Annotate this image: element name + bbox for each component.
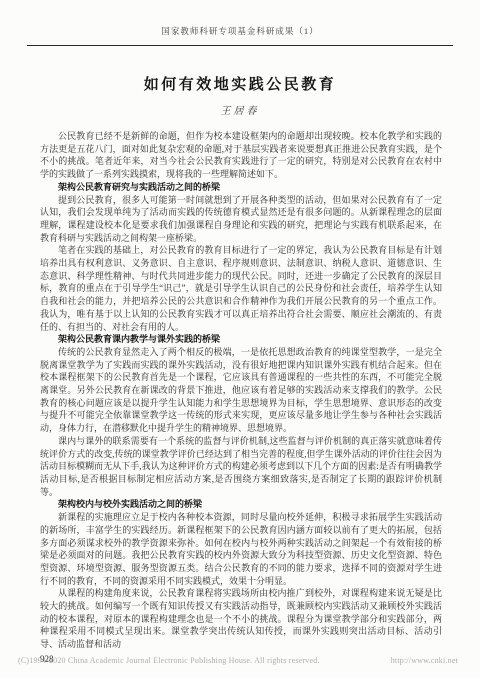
copyright-text: (C)1994-2020 China Academic Journal Elec… [18,656,320,665]
body-paragraph: 提到公民教育，很多人可能第一时间就想到了开展各种类型的活动，但如果对公民教育有了… [40,194,442,245]
section-heading: 架构公民教育研究与实践活动之间的桥梁 [40,181,442,194]
body-paragraph: 笔者在实践的基础上，对公民教育的教育目标进行了一定的界定，我认为公民教育目标是有… [40,244,442,333]
body-paragraph: 课内与课外的联系需要有一个系统的监督与评价机制,这些监督与评价机制的真正落实就意… [40,435,442,499]
copyright-footer: (C)1994-2020 China Academic Journal Elec… [0,656,480,665]
journal-page: 国家教师科研专项基金科研成果（1） 如何有效地实践公民教育 王居春 公民教育已经… [0,0,480,678]
section-heading: 架构公民教育课内教学与课外实践的桥梁 [40,333,442,346]
body-paragraph: 公民教育已经不是新鲜的命题，但作为校本建设框架内的命题却出现较晚。校本化教学和实… [40,130,442,181]
section-heading: 架构校内与校外实践活动之间的桥梁 [40,498,442,511]
body-paragraph: 从课程的构建角度来说，公民教育课程将实践场所由校内推广到校外，对课程构建来说无疑… [40,587,442,651]
cnki-url: http://www.cnki.net [391,656,458,665]
header-rule [27,45,453,46]
article-title: 如何有效地实践公民教育 [0,73,480,94]
body-paragraph: 新课程的实施理应立足于校内各种校本资源，同时尽量向校外延伸，积极寻求拓展学生实践… [40,511,442,587]
body-paragraph: 传统的公民教育显然走入了两个相反的极端，一是依托思想政治教育的纯课堂型教学，一是… [40,346,442,435]
author-name: 王居春 [0,102,480,117]
running-head: 国家教师科研专项基金科研成果（1） [0,25,480,37]
article-body: 公民教育已经不是新鲜的命题，但作为校本建设框架内的命题却出现较晚。校本化教学和实… [40,130,442,651]
